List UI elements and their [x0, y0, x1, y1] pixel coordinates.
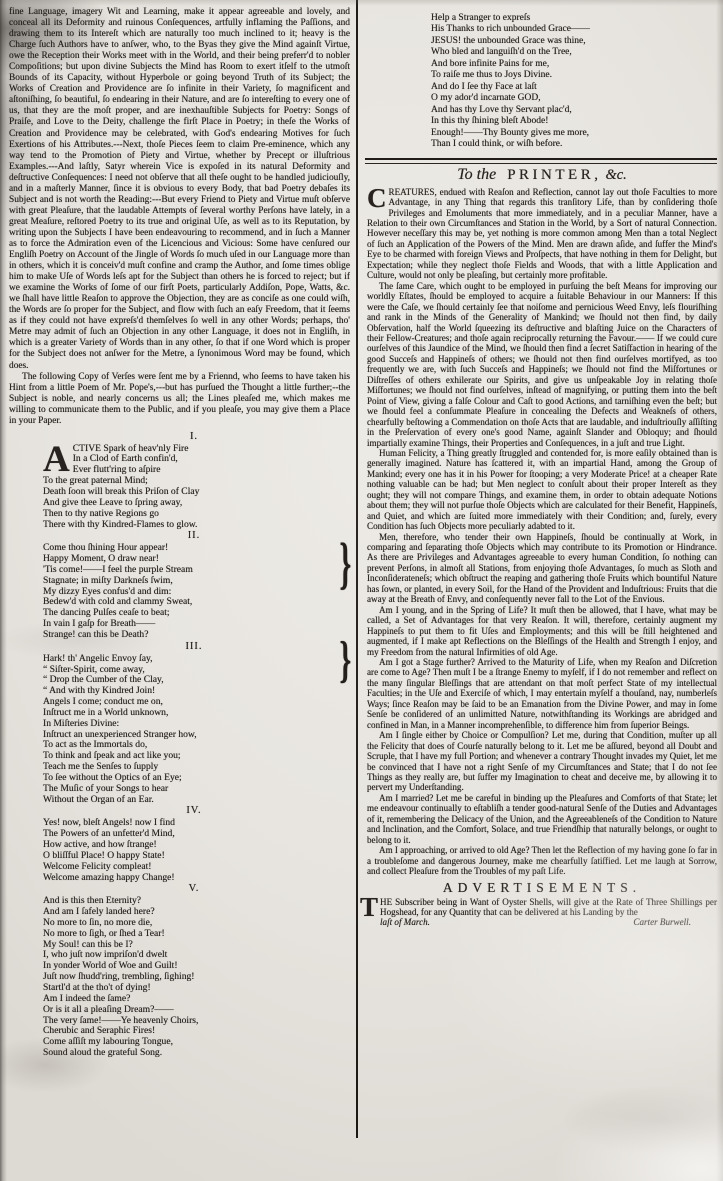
poem-line: Strange! can this be Death?: [43, 630, 345, 641]
poem-stanza: V.And is this then Eternity?And am I ſaf…: [43, 883, 345, 1059]
poem-line: Welcome amazing happy Change!: [43, 873, 345, 884]
verses-intro-paragraph: The following Copy of Verſes were ſent m…: [9, 372, 350, 427]
hymn-line: Than I could think, or wiſh before.: [431, 139, 717, 150]
advertisement-signature: Carter Burwell.: [633, 917, 717, 927]
poem-stanza: IV.Yes! now, bleſt Angels! now I findThe…: [43, 805, 345, 883]
printer-paragraph: Am I got a Stage further? Arrived to the…: [367, 657, 717, 730]
newspaper-page: fine Language, imagery Wit and Learning,…: [0, 0, 723, 1181]
brace-ornament: }: [340, 650, 352, 671]
printer-paragraph: Am I ſingle either by Choice or Compulſi…: [367, 730, 717, 793]
printer-paragraphs: CREATURES, endued with Reaſon and Reflec…: [367, 187, 717, 877]
poem-line: Then to thy native Regions go: [43, 509, 345, 520]
essay-continuation-paragraph: fine Language, imagery Wit and Learning,…: [9, 7, 350, 372]
hymn-line: Enough!——Thy Bounty gives me more,: [431, 128, 717, 139]
poem-line: Stagnate; in miſty Darkneſs ſwim,: [43, 576, 345, 587]
column-divider-rule: [356, 0, 358, 1138]
poem-dropcap: A: [43, 444, 73, 473]
poem-line: Sound aloud the grateful Song.: [43, 1048, 345, 1059]
poem-line: Without the Organ of an Ear.: [43, 795, 345, 806]
printer-heading-prefix: To the: [457, 166, 496, 183]
advertisement-dropcap: T: [360, 897, 380, 918]
printer-dropcap: C: [367, 187, 389, 208]
printer-paragraph: Am I young, and in the Spring of Life? I…: [367, 605, 717, 657]
printer-heading-word: PRINTER,: [507, 167, 601, 183]
advertisements-heading: ADVERTISEMENTS.: [367, 880, 717, 896]
hymn-line: Who bled and languiſh'd on the Tree,: [431, 47, 717, 58]
hymn-line: And bore infinite Pains for me,: [431, 59, 717, 70]
hymn: Help a Stranger to expreſsHis Thanks to …: [431, 13, 717, 150]
advertisement-body: THE Subscriber being in Want of Oyster S…: [367, 897, 717, 918]
hymn-line: To raiſe me thus to Joys Divine.: [431, 70, 717, 81]
poem-stanza: II.Come thou ſhining Hour appear!Happy M…: [43, 530, 345, 640]
printer-paragraph: CREATURES, endued with Reaſon and Reflec…: [367, 187, 717, 281]
poem-stanza: I.ACTIVE Spark of heav'nly FireIn a Clod…: [43, 431, 345, 531]
printer-paragraph: Human Felicity, a Thing greatly ſtruggle…: [367, 448, 717, 532]
advertisement: THE Subscriber being in Want of Oyster S…: [367, 897, 717, 928]
hymn-line: In this thy ſhining bleſt Abode!: [431, 116, 717, 127]
poem-stanza: III.Hark! th' Angelic Envoy ſay,“ Siſter…: [43, 641, 345, 806]
stanza-numeral: III.: [43, 641, 345, 654]
poem-line: There with thy Kindred-Flames to glow.: [43, 520, 345, 531]
stanza-numeral: I.: [43, 431, 345, 444]
hymn-line: And do I ſee thy Face at laſt: [431, 82, 717, 93]
printer-heading-etc: &c.: [605, 167, 626, 183]
poem-line: No more to ſigh, or ſhed a Tear!: [43, 929, 345, 940]
advertisement-date: laſt of March.: [380, 917, 430, 927]
advertisement-footer: laſt of March. Carter Burwell.: [380, 917, 717, 927]
poem-line: Hark! th' Angelic Envoy ſay,: [43, 654, 345, 665]
hymn-line: His Thanks to rich unbounded Grace——: [431, 24, 717, 35]
printer-paragraph: Am I approaching, or arrived to old Age?…: [367, 845, 717, 876]
brace-ornament: }: [340, 553, 352, 576]
hymn-line: JESUS! the unbounded Grace was thine,: [431, 36, 717, 47]
poem: I.ACTIVE Spark of heav'nly FireIn a Clod…: [43, 431, 345, 1059]
poem-line: Or is it all a pleaſing Dream?——: [43, 1005, 345, 1016]
printer-heading: To the PRINTER, &c.: [367, 166, 717, 184]
hymn-line: And has thy Love thy Servant plac'd,: [431, 105, 717, 116]
advertisement-body-text: HE Subscriber being in Want of Oyster Sh…: [380, 897, 717, 917]
poem-line: The Muſic of your Songs to hear: [43, 784, 345, 795]
left-column: fine Language, imagery Wit and Learning,…: [9, 7, 350, 1059]
poem-line: Welcome Felicity compleat!: [43, 862, 345, 873]
right-column: Help a Stranger to expreſsHis Thanks to …: [367, 7, 717, 928]
printer-paragraph: Men, therefore, who tender their own Hap…: [367, 532, 717, 605]
hymn-line: O my ador'd incarnate GOD,: [431, 93, 717, 104]
printer-paragraph: The ſame Care, which ought to be employe…: [367, 281, 717, 448]
poem-line: In Miſteries Divine:: [43, 719, 345, 730]
section-rule: [365, 158, 717, 163]
hymn-line: Help a Stranger to expreſs: [431, 13, 717, 24]
printer-paragraph: Am I married? Let me be careful in bindi…: [367, 793, 717, 845]
